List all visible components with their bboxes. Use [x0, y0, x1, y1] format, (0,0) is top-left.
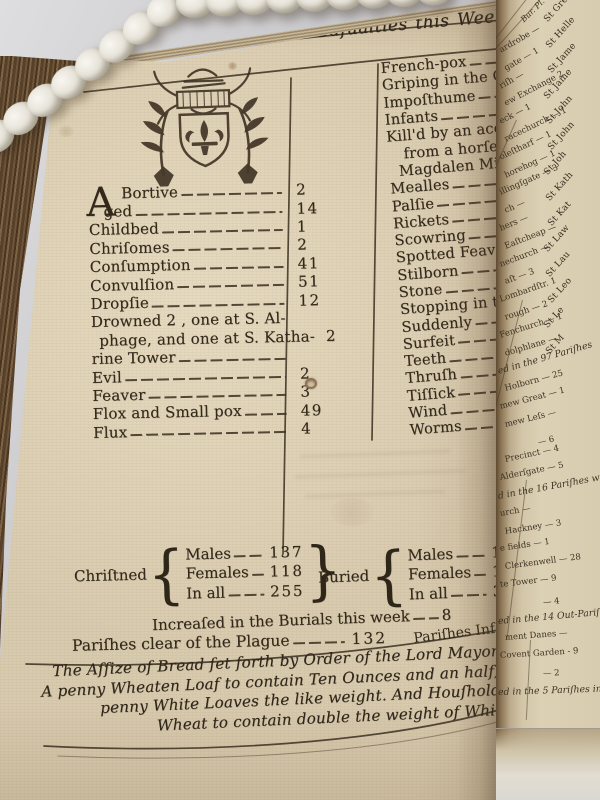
leader-line	[149, 394, 287, 399]
parish-fragment: urch —	[499, 504, 531, 519]
summary-label: Females	[408, 564, 472, 584]
disease-label: Flox and Small pox	[93, 403, 242, 423]
count-value: 1	[286, 217, 323, 236]
count-value: 49	[290, 401, 327, 420]
diseases-left-column: Bortive2ged14Childbed1Chriſomes2Conſumpt…	[88, 180, 327, 442]
parish-fragment: riſh —	[498, 70, 526, 91]
summary-value: 118	[266, 562, 303, 581]
parish-fragment: te Tower — 9	[499, 573, 557, 589]
show-through-text	[300, 449, 450, 458]
disease-label: Convulſion	[90, 276, 174, 295]
disease-label: Feaver	[92, 387, 145, 405]
leader-line	[252, 574, 264, 576]
count-value: 51	[287, 272, 324, 291]
leader-line	[179, 358, 286, 362]
coat-of-arms-woodcut	[126, 51, 285, 194]
summary-label: Males	[185, 544, 231, 563]
summary-label: Males	[407, 545, 453, 565]
page-hole	[305, 378, 317, 389]
parishes-clear-label: Pariſhes clear of the Plague	[72, 631, 290, 654]
parish-fragment: ment Danes —	[505, 629, 568, 644]
christned-rows: Males137Females118In all255	[185, 542, 304, 604]
parish-fragment: Covent Garden - 9	[500, 646, 579, 661]
summary-label: Females	[186, 563, 249, 583]
parishes-clear-value: 132	[347, 629, 387, 648]
stain	[58, 126, 74, 137]
show-through-text	[295, 469, 465, 479]
count-value: 14	[285, 199, 322, 218]
leader-line	[245, 413, 287, 416]
parish-fragment: — 2	[543, 668, 560, 679]
drop-cap-letter: A	[86, 184, 116, 221]
leader-line	[474, 574, 486, 576]
disease-label: Chriſomes	[89, 239, 170, 258]
leader-line	[234, 554, 263, 557]
open-brace: {	[369, 546, 408, 604]
leader-line	[173, 247, 284, 251]
count-value: 2	[285, 180, 322, 199]
summary-value: 137	[266, 542, 303, 561]
disease-label: Bortive	[121, 184, 178, 202]
disease-row: Flux4	[93, 419, 327, 442]
count-value: 2	[315, 327, 352, 346]
band-bead	[385, 0, 424, 8]
parish-summary-fragment: ed in the 5 Pariſhes in the	[498, 683, 600, 698]
count-value: 12	[287, 291, 324, 310]
summary-label: In all	[186, 584, 225, 603]
photograph-of-open-book: The Diſeaſes and Caſualties this Week.	[0, 0, 600, 800]
count-value: 2	[286, 235, 323, 254]
leader-line	[456, 555, 485, 558]
christned-label: Chriſtned	[74, 566, 147, 586]
parish-fragment: mew Leſs —	[504, 408, 557, 430]
christned-group: Chriſtned { Males137Females118In all255 …	[73, 541, 343, 606]
leader-line	[194, 266, 284, 270]
leader-line	[413, 617, 439, 620]
leader-line	[130, 431, 287, 436]
disease-label: Conſumption	[90, 257, 191, 276]
open-brace: {	[147, 545, 185, 603]
parish-fragment: hers —	[498, 213, 530, 234]
disease-label: Dropſie	[90, 295, 149, 313]
page-curl-and-cloth	[496, 728, 600, 800]
summary-row: In all255	[186, 581, 304, 603]
count-value	[289, 355, 326, 356]
band-bead	[415, 0, 454, 6]
leader-line	[293, 641, 345, 644]
summary-label: In all	[408, 584, 448, 603]
disease-label: rine Tower	[91, 349, 175, 368]
band-bead	[355, 0, 394, 10]
disease-label: Evil	[92, 369, 122, 387]
leader-line	[451, 594, 487, 597]
buried-label: Buried	[318, 567, 370, 587]
leader-line	[228, 594, 264, 597]
leader-line	[162, 229, 283, 234]
count-value	[288, 318, 325, 319]
parish-fragment: Hackney — 3	[504, 518, 562, 537]
show-through-text	[305, 490, 445, 499]
summary-value: 255	[267, 582, 304, 601]
parish-fragment: e fields — 1	[499, 537, 550, 554]
parish-summary-fragment: ed in the 14 Out-Pariſh	[498, 606, 600, 626]
leader-line	[125, 376, 286, 381]
leader-line	[152, 302, 285, 307]
increase-value: 8	[441, 606, 451, 624]
facing-page-edge: Bur. Pl. St GreSt HelleSt JameSt JameSt …	[496, 0, 600, 800]
leader-line	[181, 192, 282, 196]
count-value: 4	[290, 419, 327, 438]
leader-line	[177, 284, 284, 288]
parish-fragment: — 4	[542, 596, 560, 608]
assize-of-bread-paragraph: The Aſſize of Bread ſet forth by Order o…	[36, 641, 521, 741]
disease-label: Flux	[93, 424, 127, 442]
stain	[330, 498, 374, 526]
count-value: 41	[287, 254, 324, 273]
disease-label: Worms	[409, 418, 462, 439]
leader-line	[135, 211, 282, 216]
